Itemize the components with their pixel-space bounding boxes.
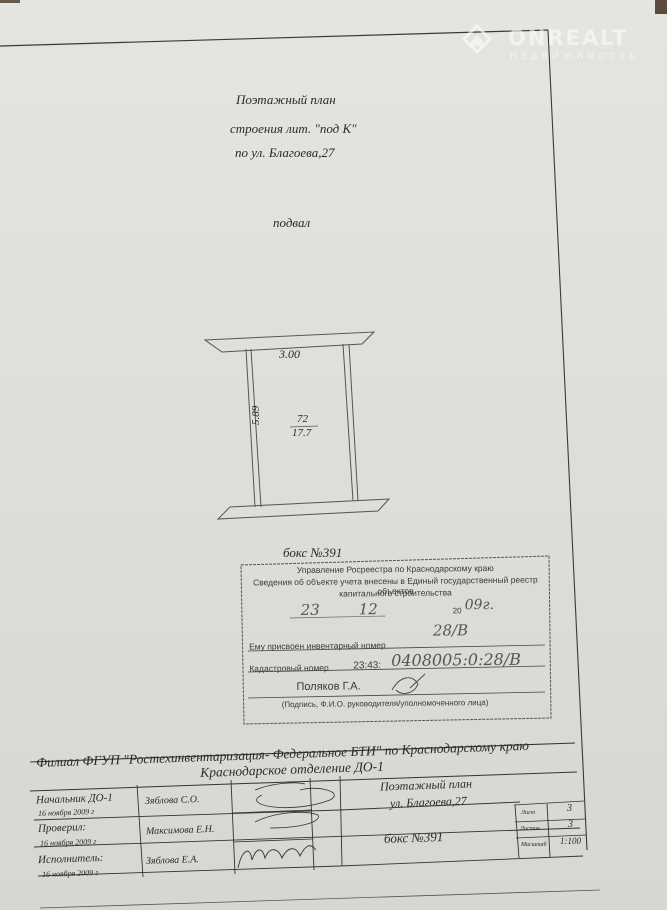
stamp-date-month: 12 bbox=[359, 600, 378, 618]
stamp-authority: Управление Росреестра по Краснодарскому … bbox=[240, 562, 550, 575]
house-diamond-icon bbox=[462, 24, 492, 54]
address: по ул. Благоева,27 bbox=[235, 145, 334, 161]
room-area: 17.7 bbox=[292, 427, 311, 439]
watermark-subtitle: НЕДВИЖИМОСТЬ bbox=[510, 52, 640, 62]
scale-value: 1:100 bbox=[560, 836, 581, 846]
sheet-value: 3 bbox=[567, 803, 572, 814]
length-dimension: 5.89 bbox=[250, 406, 262, 425]
registration-stamp: Управление Росреестра по Краснодарскому … bbox=[240, 554, 552, 723]
stamp-date-year: 09г. bbox=[465, 597, 495, 613]
inventory-number-value: 28/В bbox=[433, 621, 468, 639]
name-head: Зяблова С.О. bbox=[145, 794, 200, 807]
doc-subject: бокс №391 bbox=[384, 829, 444, 847]
name-executor: Зяблова Е.А. bbox=[146, 854, 199, 867]
cadastral-number-label: Кадастровый номер bbox=[249, 663, 329, 674]
sheets-label: Листов bbox=[520, 826, 540, 832]
cadastral-number-value: 0408005:0:28/В bbox=[391, 650, 521, 670]
stamp-registry-text-2: капитального строительства bbox=[240, 586, 550, 599]
doc-title: Поэтажный план bbox=[380, 776, 472, 794]
stamp-date-day: 23 bbox=[301, 601, 320, 619]
width-dimension: 3.00 bbox=[279, 347, 300, 362]
floor-label: подвал bbox=[273, 215, 310, 231]
stamp-signature-caption: (Подпись, Ф.И.О. руководителя/уполномоче… bbox=[282, 698, 489, 709]
stamp-signer: Поляков Г.А. bbox=[296, 680, 360, 693]
building-literal: строения лит. "под К" bbox=[230, 121, 357, 137]
scale-label: Масштаб bbox=[521, 842, 547, 848]
room-number: 72 bbox=[297, 413, 308, 425]
role-checker: Проверил: bbox=[38, 821, 86, 835]
stamp-date-year-prefix: 20 bbox=[453, 606, 462, 615]
doc-address: ул. Благоева,27 bbox=[390, 794, 467, 812]
inventory-number-label: Ему присвоен инвентарный номер bbox=[249, 640, 386, 651]
sheets-value: 3 bbox=[568, 819, 573, 830]
cadastral-prefix: 23:43: bbox=[353, 660, 381, 671]
plan-title: Поэтажный план bbox=[236, 92, 336, 108]
watermark-brand: ONREALT bbox=[508, 26, 628, 50]
sheet-label: Лист bbox=[521, 810, 535, 816]
role-executor: Исполнитель: bbox=[38, 852, 104, 866]
